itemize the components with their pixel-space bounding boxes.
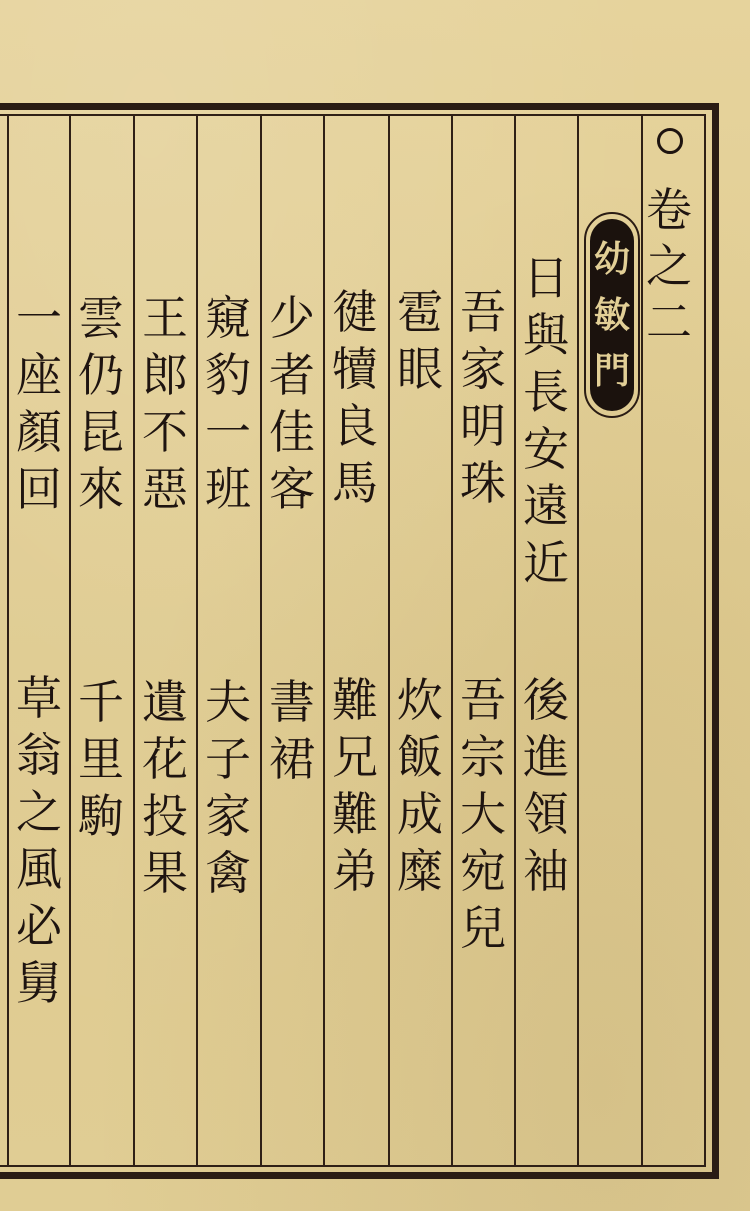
entry-bottom: 千里駒 [71, 674, 131, 845]
character: 與 [523, 307, 569, 364]
entry-bottom: 遺花投果 [135, 674, 195, 902]
character: 眼 [397, 341, 443, 398]
entry-top: 雲仍昆來 [71, 290, 131, 518]
entry-bottom: 夫子家禽 [198, 674, 258, 902]
entry-bottom: 難兄難弟 [325, 672, 385, 900]
character: 之 [646, 238, 692, 294]
character: 仍 [78, 347, 124, 404]
character: 書 [269, 674, 315, 731]
character: 客 [269, 461, 315, 518]
character: 子 [205, 731, 251, 788]
character: 回 [16, 461, 62, 518]
character: 卷 [646, 182, 692, 238]
character: 難 [332, 672, 378, 729]
entry-bottom: 書裙 [262, 674, 322, 788]
character: 果 [142, 845, 188, 902]
character: 一 [16, 290, 62, 347]
column-rule [260, 116, 262, 1165]
character: 郎 [142, 347, 188, 404]
entry-top: 徤犢良馬 [325, 284, 385, 512]
character: 吾 [460, 672, 506, 729]
character: 家 [205, 788, 251, 845]
character: 來 [78, 461, 124, 518]
character: 不 [142, 404, 188, 461]
character: 之 [16, 784, 62, 841]
character: 兒 [460, 900, 506, 957]
character: 二 [646, 294, 692, 350]
character: 投 [142, 788, 188, 845]
character: 大 [460, 786, 506, 843]
entry-top: 日與長安遠近 [516, 250, 576, 592]
character: 弟 [332, 843, 378, 900]
character: 王 [142, 290, 188, 347]
character: 領 [523, 786, 569, 843]
character: 遠 [523, 478, 569, 535]
column-rule [69, 116, 71, 1165]
character: 安 [523, 421, 569, 478]
character: 幼 [594, 231, 630, 287]
character: 翁 [16, 727, 62, 784]
character: 吾 [460, 284, 506, 341]
entry-bottom: 吾宗大宛兒 [453, 672, 513, 957]
character: 兄 [332, 729, 378, 786]
character: 駒 [78, 788, 124, 845]
entry-bottom: 後進領袖 [516, 672, 576, 900]
character: 豹 [205, 347, 251, 404]
character: 糜 [397, 843, 443, 900]
character: 長 [523, 364, 569, 421]
entry-top: 少者佳客 [262, 290, 322, 518]
character: 里 [78, 731, 124, 788]
column-rule [388, 116, 390, 1165]
character: 顏 [16, 404, 62, 461]
section-badge: 幼 敏 門 [584, 212, 640, 418]
column-rule [451, 116, 453, 1165]
character: 昆 [78, 404, 124, 461]
character: 少 [269, 290, 315, 347]
character: 良 [332, 398, 378, 455]
character: 徤 [332, 284, 378, 341]
volume-label: 卷 之 二 [646, 182, 692, 350]
character: 禽 [205, 845, 251, 902]
entry-top: 窺豹一班 [198, 290, 258, 518]
character: 家 [460, 341, 506, 398]
character: 座 [16, 347, 62, 404]
entry-top: 一座顏回 [9, 290, 69, 518]
character: 花 [142, 731, 188, 788]
character: 門 [594, 343, 630, 399]
character: 飯 [397, 729, 443, 786]
character: 珠 [460, 455, 506, 512]
character: 舅 [16, 955, 62, 1012]
character: 犢 [332, 341, 378, 398]
character: 炊 [397, 672, 443, 729]
character: 窺 [205, 290, 251, 347]
column-rule [323, 116, 325, 1165]
character: 袖 [523, 843, 569, 900]
character: 敏 [594, 287, 630, 343]
character: 後 [523, 672, 569, 729]
character: 宛 [460, 843, 506, 900]
entry-bottom: 草翁之風必舅 [9, 670, 69, 1012]
character: 馬 [332, 455, 378, 512]
character: 班 [205, 461, 251, 518]
character: 進 [523, 729, 569, 786]
entry-top: 吾家明珠 [453, 284, 513, 512]
entry-top: 王郎不惡 [135, 290, 195, 518]
character: 惡 [142, 461, 188, 518]
character: 佳 [269, 404, 315, 461]
character: 成 [397, 786, 443, 843]
character: 宗 [460, 729, 506, 786]
column-rule [577, 116, 579, 1165]
character: 難 [332, 786, 378, 843]
character: 近 [523, 535, 569, 592]
character: 遺 [142, 674, 188, 731]
character: 草 [16, 670, 62, 727]
column-rule [133, 116, 135, 1165]
section-badge-inner: 幼 敏 門 [590, 219, 634, 411]
character: 日 [523, 250, 569, 307]
character: 明 [460, 398, 506, 455]
circle-mark-icon [657, 128, 683, 154]
character: 千 [78, 674, 124, 731]
character: 裙 [269, 731, 315, 788]
character: 雹 [397, 284, 443, 341]
column-rule [196, 116, 198, 1165]
character: 一 [205, 404, 251, 461]
character: 必 [16, 898, 62, 955]
column-rule [641, 116, 643, 1165]
character: 風 [16, 841, 62, 898]
entry-top: 雹眼 [390, 284, 450, 398]
character: 雲 [78, 290, 124, 347]
character: 夫 [205, 674, 251, 731]
character: 者 [269, 347, 315, 404]
entry-bottom: 炊飯成糜 [390, 672, 450, 900]
